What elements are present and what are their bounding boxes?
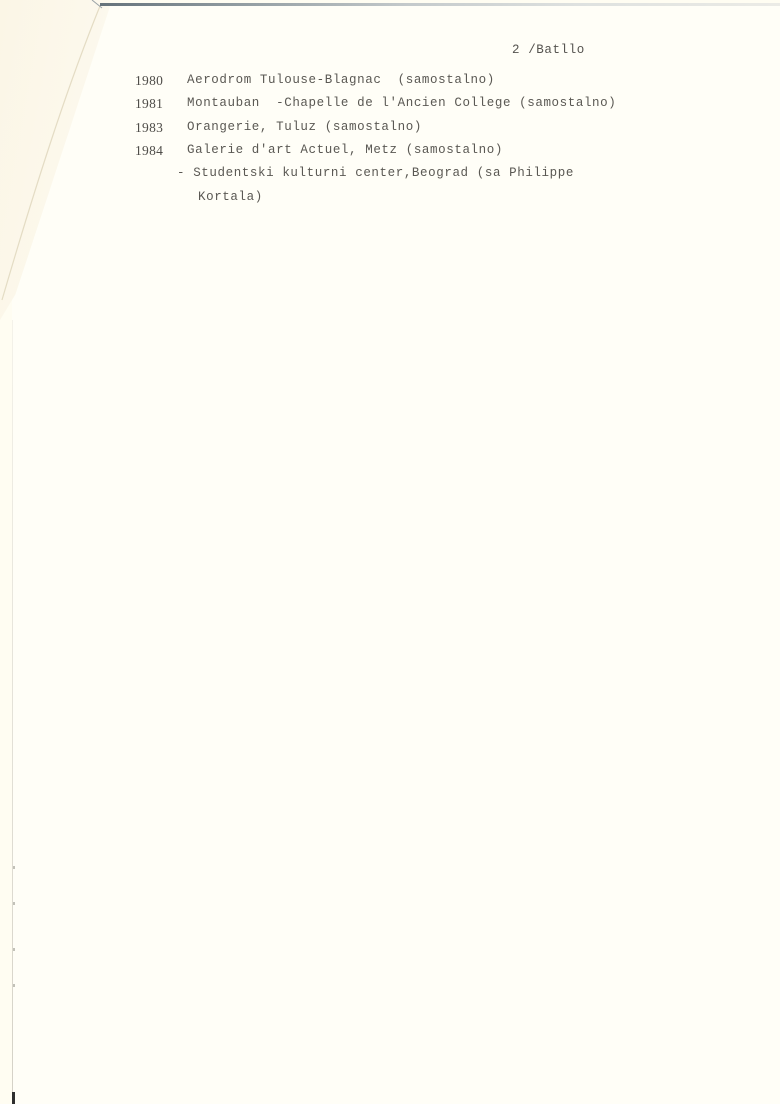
page-top-edge-shadow: [100, 3, 780, 6]
sub-entry-line: - Studentski kulturni center,Beograd (sa…: [177, 166, 574, 180]
scan-speck: [13, 866, 15, 869]
scan-speck: [13, 984, 15, 987]
entry-year: 1984: [135, 143, 187, 159]
exhibition-entry: 1983 Orangerie, Tuluz (samostalno): [135, 120, 422, 136]
entry-year: 1983: [135, 120, 187, 136]
scan-speck: [13, 902, 15, 905]
page-bottom-corner: [12, 1092, 15, 1104]
exhibition-entry: 1981 Montauban -Chapelle de l'Ancien Col…: [135, 96, 616, 112]
page-marker: 2 /Batllo: [512, 43, 585, 57]
entry-text: Orangerie, Tuluz (samostalno): [187, 120, 422, 136]
exhibition-entry: 1984 Galerie d'art Actuel, Metz (samosta…: [135, 143, 503, 159]
sub-entry-continuation: Kortala): [198, 190, 263, 204]
exhibition-entry: 1980 Aerodrom Tulouse-Blagnac (samostaln…: [135, 73, 495, 89]
scan-speck: [13, 948, 15, 951]
entry-text: Montauban -Chapelle de l'Ancien College …: [187, 96, 616, 112]
entry-year: 1980: [135, 73, 187, 89]
entry-text: Galerie d'art Actuel, Metz (samostalno): [187, 143, 503, 159]
entry-text: Aerodrom Tulouse-Blagnac (samostalno): [187, 73, 495, 89]
entry-year: 1981: [135, 96, 187, 112]
